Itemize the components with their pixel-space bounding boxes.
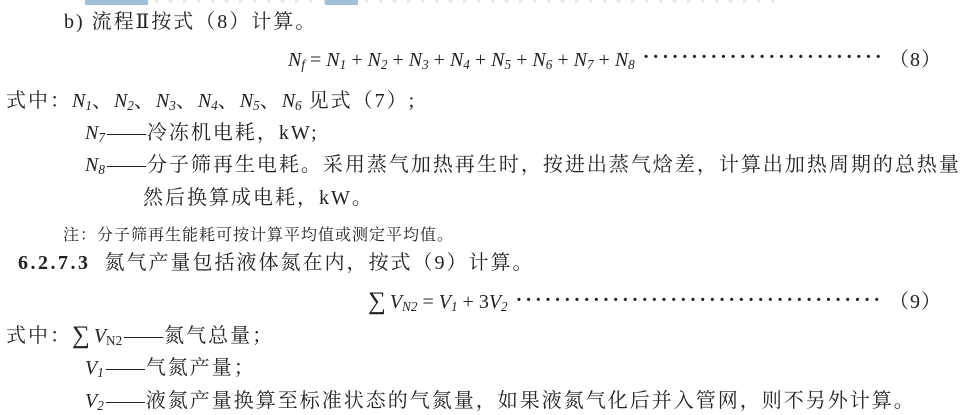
text-part: = (310, 49, 321, 71)
text-part: —— (124, 325, 162, 347)
where-clause-9: 式中：∑VN2——氮气总量； (6, 321, 274, 350)
math-subscript: 8 (98, 162, 105, 177)
dot-leader: ········································… (643, 46, 881, 69)
math-subscript: 1 (340, 57, 347, 72)
text-part: —— (106, 390, 144, 412)
formula-8-number: （8） (889, 43, 942, 72)
text-part: + (599, 49, 610, 71)
math-variable: N1 (326, 49, 346, 71)
where-clause-8: 式中：N1、N2、N3、N4、N5、N6见式（7）; (6, 88, 416, 115)
math-subscript: 2 (501, 299, 508, 314)
text-part: + (463, 291, 474, 313)
math-subscript: 8 (628, 57, 635, 72)
math-subscript: 1 (451, 299, 458, 314)
text-part: + (557, 49, 568, 71)
math-variable: N8 (615, 49, 635, 71)
math-subscript: 2 (127, 98, 134, 113)
text-part: + (475, 49, 486, 71)
text-part: 分子筛再生电耗。采用蒸气加热再生时，按进出蒸气焓差，计算出加热周期的总热量， (147, 154, 962, 176)
math-subscript: 4 (463, 57, 470, 72)
text-part: 、 (176, 90, 198, 112)
math-subscript: 1 (85, 98, 92, 113)
section-6-2-7-3: 6.2.7.3氮气产量包括液体氮在内，按式（9）计算。 (18, 250, 535, 277)
math-subscript: 7 (98, 130, 105, 145)
math-subscript: 2 (97, 398, 104, 413)
math-variable: N2 (114, 90, 134, 112)
text-part: = (422, 291, 433, 313)
formula-8: Nf=N1+N2+N3+N4+N5+N6+N7+N8 ·············… (288, 43, 942, 72)
math-variable: N6 (532, 49, 552, 71)
math-variable: N7 (85, 122, 105, 144)
definition-v2: V2——液氮产量换算至标准状态的气氮量，如果液氮气化后并入管网，则不另外计算。 (85, 388, 916, 415)
math-subscript: 7 (587, 57, 594, 72)
text-part: + (434, 49, 445, 71)
text-part: 、 (260, 90, 282, 112)
text-part: —— (106, 357, 144, 379)
text-part: —— (107, 154, 145, 176)
text-part: + (351, 49, 362, 71)
math-subscript: N2 (402, 299, 417, 314)
text-part: 见式（7）; (309, 90, 417, 112)
formula-9-expression: ∑VN2=V1+3V2 (368, 287, 508, 315)
math-subscript: 5 (505, 57, 512, 72)
math-variable: N6 (282, 90, 302, 112)
definition-n8: N8——分子筛再生电耗。采用蒸气加热再生时，按进出蒸气焓差，计算出加热周期的总热… (85, 152, 962, 179)
math-variable: N2 (368, 49, 388, 71)
math-subscript: N2 (106, 333, 122, 348)
text-part: 3 (479, 291, 489, 313)
text-part: 、 (92, 90, 114, 112)
math-subscript: 2 (381, 57, 388, 72)
note-line: 注：分子筛再生能耗可按计算平均值或测定平均值。 (63, 222, 454, 249)
formula-9: ∑VN2=V1+3V2 ····························… (368, 285, 942, 315)
text-part: 液氮产量换算至标准状态的气氮量，如果液氮气化后并入管网，则不另外计算。 (146, 390, 916, 412)
math-variable: V1 (85, 357, 104, 379)
text-part: + (392, 49, 403, 71)
math-variable: N5 (240, 90, 260, 112)
definition-n8-continuation: 然后换算成电耗，kW。 (143, 185, 374, 212)
list-item-b: b) 流程Ⅱ按式（8）计算。 (64, 9, 317, 36)
math-variable: V2 (489, 291, 508, 313)
text-part: 冷冻机电耗，kW; (147, 122, 319, 144)
text-part: 气氮产量； (146, 357, 256, 379)
math-variable: VN2 (390, 291, 418, 313)
math-subscript: 3 (422, 57, 429, 72)
formula-9-number: （9） (889, 285, 942, 314)
text-part: ∑ (368, 288, 386, 315)
math-variable: N1 (72, 90, 92, 112)
math-subscript: 1 (97, 365, 104, 380)
math-variable: N3 (156, 90, 176, 112)
text-part: + (516, 49, 527, 71)
text-part: 、 (218, 90, 240, 112)
math-variable: N7 (574, 49, 594, 71)
math-variable: N4 (198, 90, 218, 112)
text-part: ∑ (72, 322, 90, 349)
math-variable: N8 (85, 154, 105, 176)
math-subscript: 3 (169, 98, 176, 113)
text-part: 、 (134, 90, 156, 112)
math-variable: VN2 (94, 325, 122, 347)
section-text: 氮气产量包括液体氮在内，按式（9）计算。 (105, 252, 535, 274)
math-variable: N5 (491, 49, 511, 71)
math-subscript: 6 (546, 57, 553, 72)
highlight-fragment-2 (325, 0, 358, 5)
math-subscript: 4 (211, 98, 218, 113)
definition-v1: V1——气氮产量； (85, 355, 256, 382)
formula-8-expression: Nf=N1+N2+N3+N4+N5+N6+N7+N8 (288, 49, 635, 72)
text-part: 式中： (6, 325, 72, 347)
math-variable: V2 (85, 390, 104, 412)
text-part: —— (107, 122, 145, 144)
math-variable: Nf (288, 49, 305, 71)
math-variable: N3 (409, 49, 429, 71)
math-variable: N4 (450, 49, 470, 71)
document-page: b) 流程Ⅱ按式（8）计算。 Nf=N1+N2+N3+N4+N5+N6+N7+N… (0, 0, 962, 415)
section-number: 6.2.7.3 (18, 252, 91, 274)
definition-n7: N7——冷冻机电耗，kW; (85, 120, 319, 147)
dot-leader: ········································… (516, 289, 881, 312)
cropped-text-remnants (85, 0, 775, 3)
math-subscript: 6 (295, 98, 302, 113)
math-variable: V1 (439, 291, 458, 313)
highlight-fragment-1 (85, 0, 148, 5)
text-part: 式中： (6, 90, 72, 112)
text-part: 氮气总量； (164, 325, 274, 347)
math-subscript: f (301, 57, 305, 72)
math-subscript: 5 (253, 98, 260, 113)
